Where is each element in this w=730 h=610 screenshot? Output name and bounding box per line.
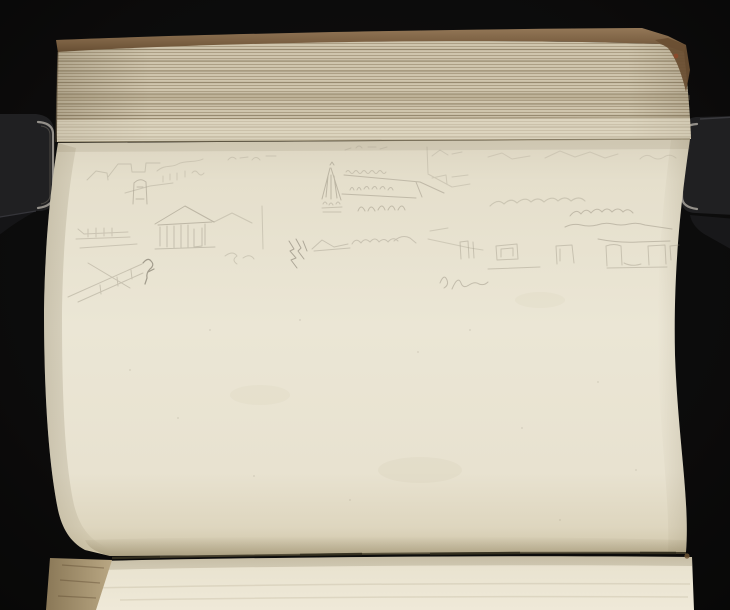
page-surface [44, 139, 690, 556]
lower-page [46, 553, 694, 610]
sketchbook-page [44, 139, 690, 556]
paper-stain [230, 385, 290, 405]
page-stack [56, 38, 691, 142]
paper-stain [515, 292, 565, 308]
photo-stage [0, 0, 730, 610]
stack-division-band [57, 95, 690, 100]
crease-corner-speck [684, 553, 689, 558]
sketchbook-photo [0, 0, 730, 610]
cover-corner-rust-speck [674, 54, 679, 59]
stack-highlight-band [57, 118, 691, 142]
paper-stain [378, 457, 462, 483]
